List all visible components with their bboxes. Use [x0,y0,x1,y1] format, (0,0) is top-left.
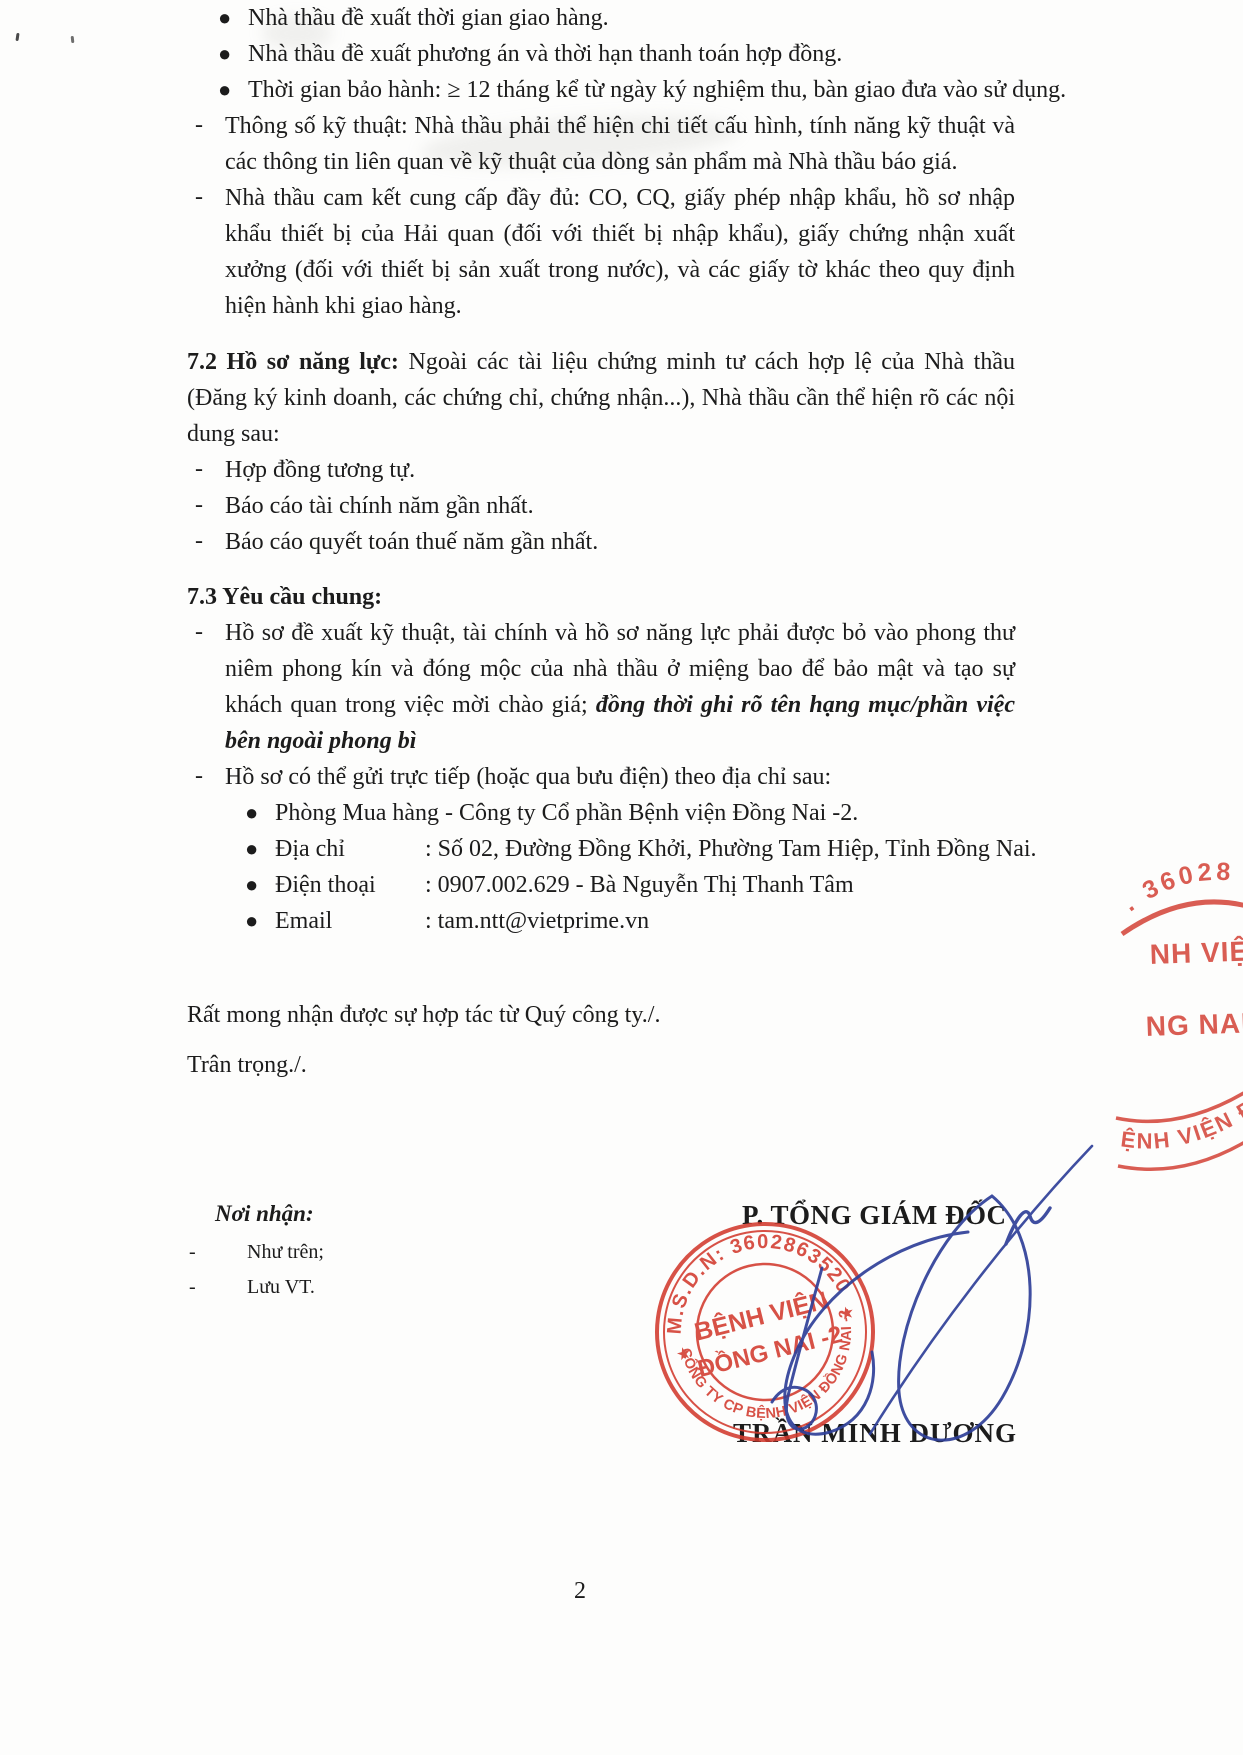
general-dash-list: -Hồ sơ đề xuất kỹ thuật, tài chính và hồ… [187,615,1015,795]
dash-text: Báo cáo quyết toán thuế năm gần nhất. [225,529,598,555]
contact-label: Địa chỉ [275,831,425,867]
section-7-2-paragraph: 7.2 Hồ sơ năng lực: Ngoài các tài liệu c… [187,344,1015,452]
signature-stroke [1006,1208,1050,1244]
bullet-icon: ● [245,795,258,831]
bullet-icon: ● [245,867,258,903]
dash-icon: - [195,487,203,523]
spec-dash-list: -Thông số kỹ thuật: Nhà thầu phải thể hi… [187,108,1015,324]
list-item: -Hồ sơ có thể gửi trực tiếp (hoặc qua bư… [187,759,1015,795]
edge-stamp-line1: NH VIỆN [1149,935,1243,970]
section-7-2-label: 7.2 Hồ sơ năng lực: [187,349,399,375]
dash-icon: - [195,179,203,215]
recipient-item: -Lưu VT. [187,1270,324,1305]
stamp-inner-ring [683,1250,848,1415]
bullet-icon: ● [245,903,258,939]
recipient-text: Lưu VT. [247,1276,315,1298]
list-item: -Nhà thầu cam kết cung cấp đầy đủ: CO, C… [187,180,1015,324]
signature-title: P. TỔNG GIÁM ĐỐC [742,1200,1007,1231]
signer-name: TRẦN MINH DƯƠNG [690,1418,1060,1449]
edge-stamp-arc-digits: . 36028 [1117,858,1235,917]
edge-stamp-line2: NG NAI -2 [1145,1006,1243,1042]
dash-text: Nhà thầu cam kết cung cấp đầy đủ: CO, CQ… [225,185,1015,319]
scan-speck [15,33,19,41]
recipient-item: -Như trên; [187,1235,324,1270]
dash-text: Thông số kỹ thuật: Nhà thầu phải thể hiệ… [225,113,1015,175]
bullet-text: Nhà thầu đề xuất phương án và thời hạn t… [248,41,842,67]
recipients-title: Nơi nhận: [215,1196,324,1231]
stamp-center-line2: ĐỒNG NAI -2 [695,1320,845,1383]
bullet-icon: ● [218,72,231,108]
recipients-block: Nơi nhận: -Như trên; -Lưu VT. [187,1196,324,1305]
regards-line: Trân trọng./. [187,1047,1015,1083]
dash-icon: - [189,1270,196,1305]
contact-value: Phòng Mua hàng - Công ty Cổ phần Bệnh vi… [275,800,858,826]
list-item: -Hồ sơ đề xuất kỹ thuật, tài chính và hồ… [187,615,1015,759]
bullet-text: Nhà thầu đề xuất thời gian giao hàng. [248,5,609,31]
contact-bullet-list: ●Phòng Mua hàng - Công ty Cổ phần Bệnh v… [187,795,1015,939]
list-item: ●Thời gian bảo hành: ≥ 12 tháng kể từ ng… [187,72,1015,108]
recipient-text: Như trên; [247,1241,324,1263]
contact-row: ●Địa chỉ: Số 02, Đường Đồng Khởi, Phường… [187,831,1015,867]
list-item: -Thông số kỹ thuật: Nhà thầu phải thể hi… [187,108,1015,180]
edge-stamp-band-top-line [1116,1088,1243,1121]
contact-row: ●Phòng Mua hàng - Công ty Cổ phần Bệnh v… [187,795,1015,831]
contact-label: Email [275,903,425,939]
dash-text: Hợp đồng tương tự. [225,457,415,483]
list-item: ●Nhà thầu đề xuất phương án và thời hạn … [187,36,1015,72]
contact-row: ●Email: tam.ntt@vietprime.vn [187,903,1015,939]
bullet-icon: ● [218,0,231,36]
signature-stroke [870,1146,1092,1434]
edge-stamp-ring-line [1122,902,1243,934]
signature-stroke [899,1196,1031,1440]
scan-speck [71,36,75,43]
proposal-bullet-list: ●Nhà thầu đề xuất thời gian giao hàng. ●… [187,0,1015,108]
section-7-3-heading: 7.3 Yêu cầu chung: [187,579,1015,615]
dash-icon: - [195,523,203,559]
bullet-text: Thời gian bảo hành: ≥ 12 tháng kể từ ngà… [248,77,1066,103]
stamp-star-right-icon: ★ [837,1302,856,1324]
dash-icon: - [195,107,203,143]
bullet-icon: ● [245,831,258,867]
page-number: 2 [540,1578,620,1605]
list-item: -Báo cáo tài chính năm gần nhất. [187,488,1015,524]
stamp-center-line1: BỆNH VIỆN [691,1284,830,1346]
contact-value: : Số 02, Đường Đồng Khởi, Phường Tam Hiệ… [425,836,1037,862]
document-page: ●Nhà thầu đề xuất thời gian giao hàng. ●… [0,0,1243,1755]
stamp-star-left-icon: ★ [674,1343,693,1365]
document-body: ●Nhà thầu đề xuất thời gian giao hàng. ●… [187,0,1015,1083]
dash-icon: - [195,614,203,650]
list-item: -Hợp đồng tương tự. [187,452,1015,488]
signature-stroke [772,1268,822,1429]
handwritten-signature [772,1146,1092,1440]
contact-value: : tam.ntt@vietprime.vn [425,908,649,934]
list-item: ●Nhà thầu đề xuất thời gian giao hàng. [187,0,1015,36]
contact-value: : 0907.002.629 - Bà Nguyễn Thị Thanh Tâm [425,872,854,898]
contact-label: Điện thoại [275,867,425,903]
dash-icon: - [189,1235,196,1270]
edge-stamp-band-bottom-line [1118,1134,1243,1169]
capability-dash-list: -Hợp đồng tương tự. -Báo cáo tài chính n… [187,452,1015,560]
signature-stroke [785,1232,968,1434]
contact-row: ●Điện thoại: 0907.002.629 - Bà Nguyễn Th… [187,867,1015,903]
closing-line: Rất mong nhận được sự hợp tác từ Quý côn… [187,997,1015,1033]
dash-text: Hồ sơ có thể gửi trực tiếp (hoặc qua bưu… [225,764,831,790]
bullet-icon: ● [218,36,231,72]
dash-icon: - [195,758,203,794]
dash-text: Báo cáo tài chính năm gần nhất. [225,493,534,519]
dash-icon: - [195,451,203,487]
list-item: -Báo cáo quyết toán thuế năm gần nhất. [187,524,1015,560]
